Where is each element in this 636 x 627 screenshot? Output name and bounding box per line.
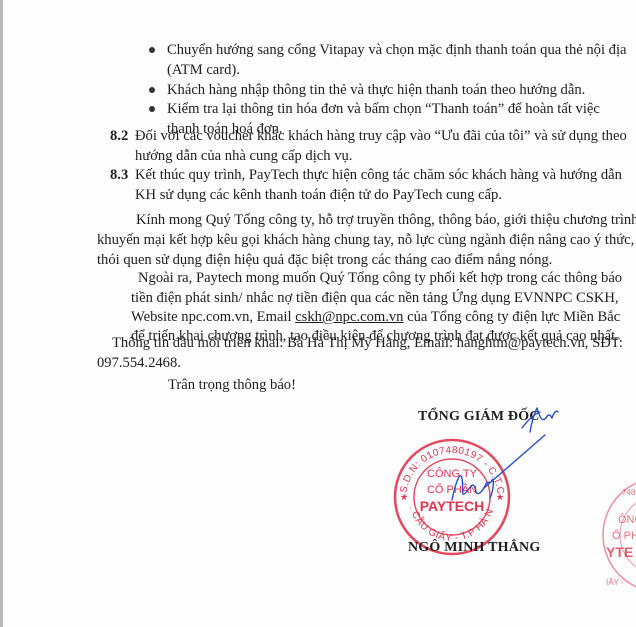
signature-scribble-icon [0, 0, 636, 627]
svg-text:ÔNG: ÔNG [618, 513, 636, 526]
svg-text:IẤY -: IẤY - [606, 577, 624, 587]
svg-text:7480: 7480 [622, 488, 636, 497]
svg-text:Ổ PH: Ổ PH [612, 529, 636, 542]
signatory-name: NGÔ MINH THẮNG [408, 540, 540, 556]
svg-text:YTE: YTE [606, 544, 633, 560]
partial-stamp: 7480 ÔNG Ổ PH YTE IẤY - [600, 475, 636, 595]
stamp-seal-icon: 7480 ÔNG Ổ PH YTE IẤY - [600, 475, 636, 595]
